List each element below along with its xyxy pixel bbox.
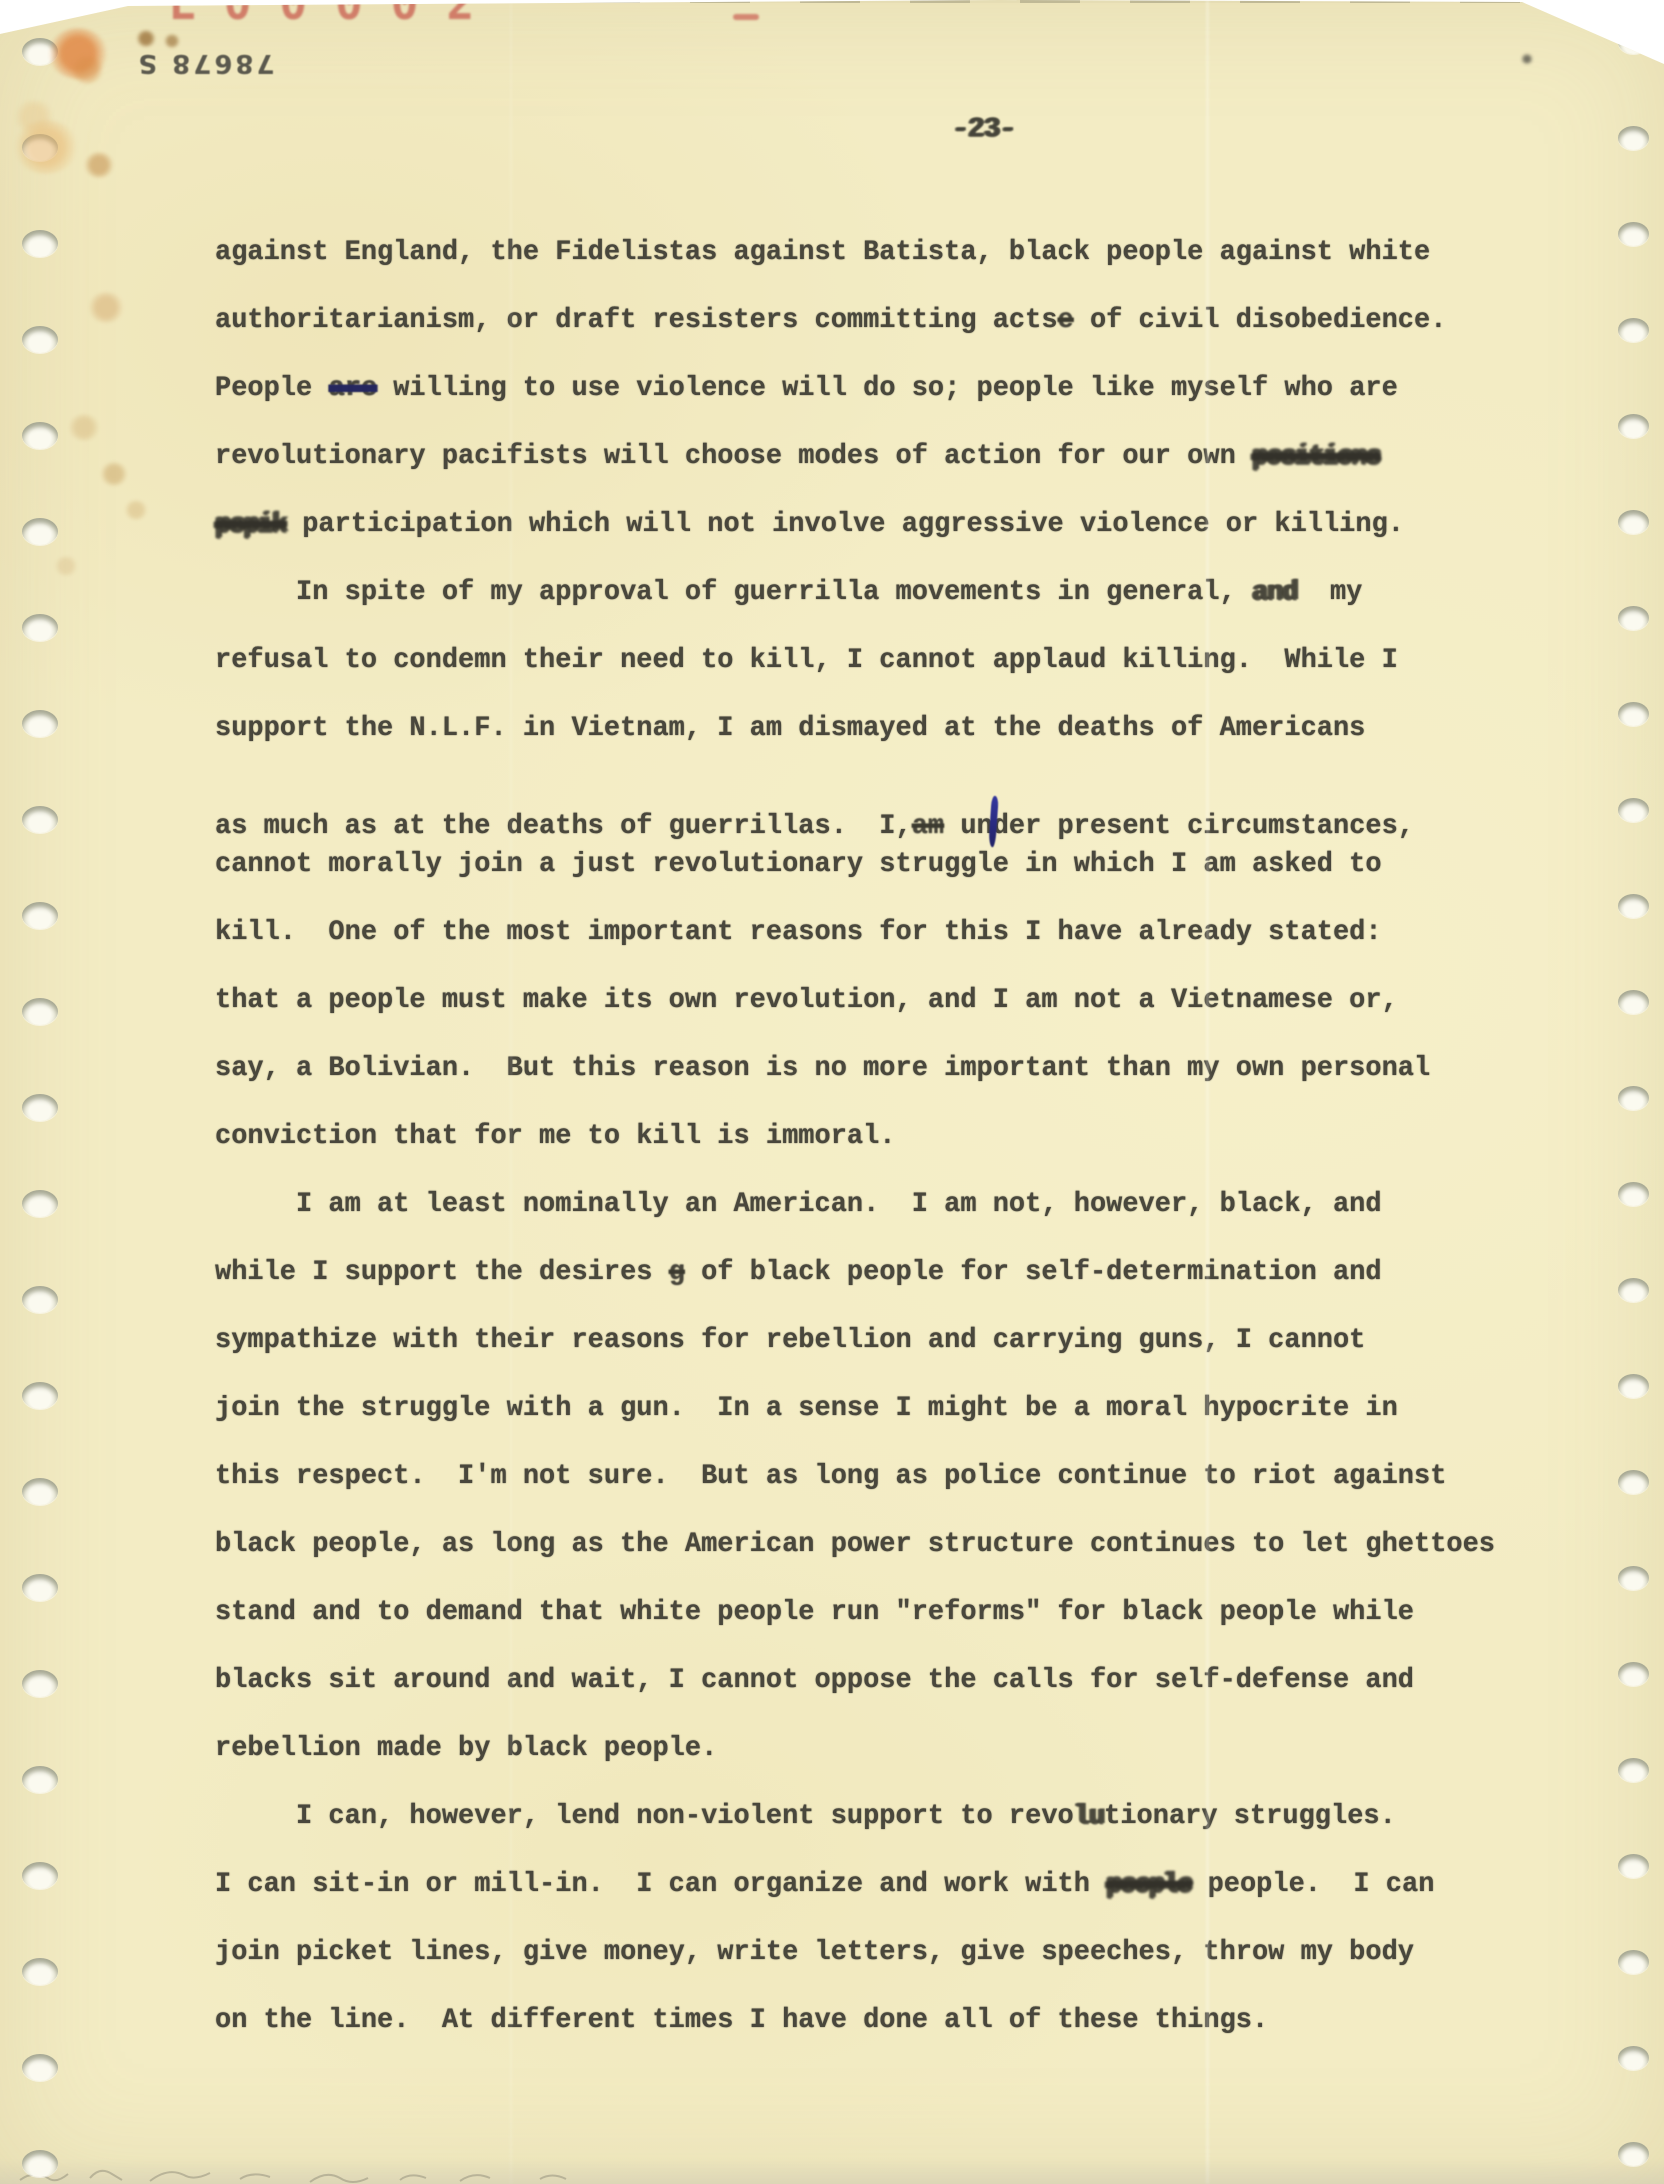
paper-crease [1206,0,1209,2184]
struck-text: positions [1252,441,1380,472]
bleed-through-marks [0,2158,1664,2184]
typed-text: authoritarianism, or draft resisters com… [215,305,1058,336]
punch-hole [1618,222,1649,246]
text-line: pspik participation which will not invol… [215,509,1404,552]
typed-text: un [944,811,993,842]
typed-text: as much as at the deaths of guerrillas. … [215,811,912,842]
foxing-stain [136,30,156,47]
text-line: against England, the Fidelistas against … [215,237,1430,280]
text-line: conviction that for me to kill is immora… [215,1121,896,1164]
struck-text: lu [1074,1801,1104,1832]
text-line: In spite of my approval of guerrilla mov… [215,577,1362,620]
punch-hole [22,1286,58,1313]
foxing-stain [164,34,180,48]
text-line: on the line. At different times I have d… [215,2005,1268,2048]
punch-hole [1618,606,1649,630]
typed-text: der present circumstances, [993,811,1414,842]
text-line: join picket lines, give money, write let… [215,1937,1414,1980]
text-line: authoritarianism, or draft resisters com… [215,305,1446,348]
typed-text: willing to use violence will do so; peop… [377,373,1398,404]
punch-hole [22,326,58,353]
text-line: as much as at the deaths of guerrillas. … [215,781,1414,824]
punch-hole [1618,798,1649,822]
text-line: I can, however, lend non-violent support… [215,1801,1396,1844]
text-line: support the N.L.F. in Vietnam, I am dism… [215,713,1365,756]
foxing-stain [14,100,54,134]
typed-text: while I support the desires [215,1257,669,1288]
typed-text: stand and to demand that white people ru… [215,1597,1414,1628]
text-line: I can sit-in or mill-in. I can organize … [215,1869,1434,1912]
punch-hole [1618,414,1649,438]
text-line: this respect. I'm not sure. But as long … [215,1461,1446,1504]
struck-text: and [1252,577,1298,608]
punch-hole [1618,2142,1649,2166]
typed-text: participation which will not involve agg… [286,509,1404,540]
foxing-stain [68,414,100,441]
typed-text: rebellion made by black people. [215,1733,717,1764]
typed-text: In spite of my approval of guerrilla mov… [215,577,1252,608]
typed-text: my [1298,577,1363,608]
typed-text: revolutionary pacifists will choose mode… [215,441,1252,472]
punch-hole [22,1670,58,1697]
typed-text: sympathize with their reasons for rebell… [215,1325,1365,1356]
text-line: sympathize with their reasons for rebell… [215,1325,1365,1368]
punch-hole [1618,990,1649,1014]
punch-hole [22,2054,58,2081]
typed-text: people. I can [1191,1869,1434,1900]
text-line: refusal to condemn their need to kill, I… [215,645,1398,688]
typed-text: against England, the Fidelistas against … [215,237,1430,268]
punch-hole [1618,1182,1649,1206]
typed-text: of black people for self-determination a… [685,1257,1382,1288]
typed-text: conviction that for me to kill is immora… [215,1121,896,1152]
punch-hole [22,1766,58,1793]
typed-text: black people, as long as the American po… [215,1529,1495,1560]
text-line: stand and to demand that white people ru… [215,1597,1414,1640]
punch-hole [1618,1374,1649,1398]
typed-text: say, a Bolivian. But this reason is no m… [215,1053,1430,1084]
typed-text: refusal to condemn their need to kill, I… [215,645,1398,676]
punch-hole [1618,318,1649,342]
punch-hole [22,998,58,1025]
punch-hole [22,902,58,929]
foxing-stain [88,292,124,323]
struck-text: are [328,373,377,404]
typed-text: that a people must make its own revoluti… [215,985,1398,1016]
struck-text: g [669,1257,685,1288]
punch-hole [22,806,58,833]
struck-text: e [1058,305,1074,336]
punch-hole [22,422,58,449]
scan-background: { "paper": { "page_number": "-23-", "sta… [0,0,1664,2184]
text-line: rebellion made by black people. [215,1733,717,1776]
typed-text: join picket lines, give money, write let… [215,1937,1414,1968]
punch-hole [1618,1566,1649,1590]
typewritten-text: against England, the Fidelistas against … [0,0,1664,2184]
text-line: blacks sit around and wait, I cannot opp… [215,1665,1414,1708]
punch-hole [1618,1758,1649,1782]
punch-hole [1618,1662,1649,1686]
punch-hole [22,614,58,641]
punch-hole [22,1862,58,1889]
typed-text: tionary struggles. [1104,1801,1396,1832]
document-page: L00002 78678 S -23- against England, the… [0,0,1664,2184]
punch-hole [1618,1470,1649,1494]
typed-text: join the struggle with a gun. In a sense… [215,1393,1398,1424]
text-line: say, a Bolivian. But this reason is no m… [215,1053,1430,1096]
typed-text: blacks sit around and wait, I cannot opp… [215,1665,1414,1696]
foxing-stain [84,152,114,178]
punch-hole [1618,2046,1649,2070]
punch-hole [22,1574,58,1601]
punch-hole [22,230,58,257]
punch-hole [1618,30,1649,54]
punch-hole [22,1190,58,1217]
foxing-stain [100,462,128,486]
struck-text: am [912,811,944,842]
punch-hole [22,1958,58,1985]
punch-hole [22,518,58,545]
punch-hole [1618,510,1649,534]
typed-text: of civil disobedience. [1074,305,1447,336]
typed-text: I can sit-in or mill-in. I can organize … [215,1869,1106,1900]
typed-text: on the line. At different times I have d… [215,2005,1268,2036]
typed-text: this respect. I'm not sure. But as long … [215,1461,1446,1492]
struck-text: poeple [1106,1869,1191,1900]
punch-hole [1618,1086,1649,1110]
punch-hole [22,1478,58,1505]
text-line: black people, as long as the American po… [215,1529,1495,1572]
punch-hole [22,1382,58,1409]
typed-text: People [215,373,328,404]
punch-hole [22,1094,58,1121]
punch-hole [1618,894,1649,918]
text-line: that a people must make its own revoluti… [215,985,1398,1028]
punch-hole [22,2150,58,2177]
typed-text: support the N.L.F. in Vietnam, I am dism… [215,713,1365,744]
punch-hole [1618,702,1649,726]
punch-hole [1618,1950,1649,1974]
punch-hole [1618,1854,1649,1878]
punch-hole [22,710,58,737]
punch-hole [1618,1278,1649,1302]
text-line: People are willing to use violence will … [215,373,1398,416]
struck-text: pspik [215,509,286,540]
text-line: join the struggle with a gun. In a sense… [215,1393,1398,1436]
typed-text: I can, however, lend non-violent support… [215,1801,1074,1832]
paper-crease [510,0,512,2184]
foxing-stain [70,55,104,84]
punch-hole [1618,126,1649,150]
